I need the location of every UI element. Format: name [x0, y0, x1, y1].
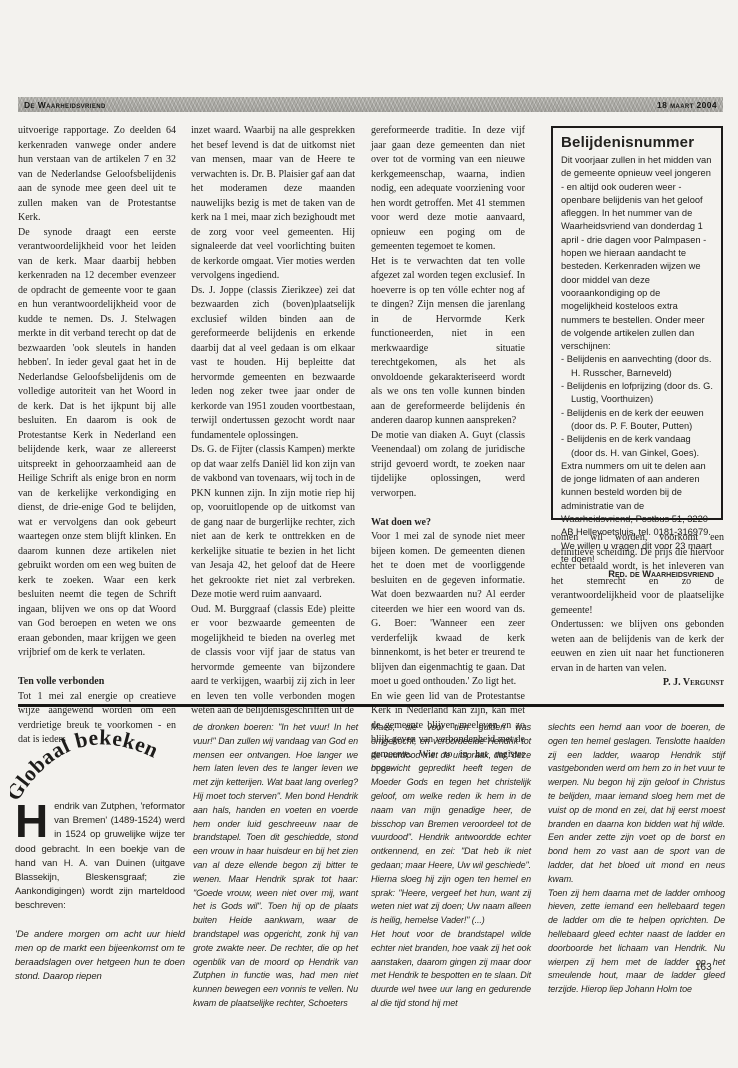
quote-paragraph: 'De andere morgen om acht uur hield men … — [15, 928, 185, 985]
quote-paragraph: Maes, die voor tien gulden was omgekocht… — [371, 721, 531, 928]
quote-paragraph: Toen zij hem daarna met de ladder omhoog… — [548, 887, 725, 997]
feature-column-1: Hendrik van Zutphen, 'reformator van Bre… — [15, 800, 185, 984]
paragraph: De synode draagt een eerste verantwoorde… — [18, 226, 176, 661]
list-item: Belijdenis en de kerk vandaag (door ds. … — [561, 433, 714, 460]
masthead-title: De Waarheidsvriend — [24, 100, 106, 110]
paragraph: Ds. J. Joppe (classis Zierikzee) zei dat… — [191, 284, 355, 444]
section-subhead: Ten volle verbonden — [18, 675, 176, 690]
svg-text:Globaal bekeken: Globaal bekeken — [10, 725, 162, 805]
article-column-4: nomen wil worden, voorkomt een definitie… — [551, 531, 724, 691]
feature-column-3: Maes, die voor tien gulden was omgekocht… — [371, 721, 531, 1011]
announcement-intro: Dit voorjaar zullen in het midden van de… — [561, 154, 714, 353]
quote-paragraph: slechts een hemd aan voor de boeren, de … — [548, 721, 725, 887]
paragraph: Ds. G. de Fijter (classis Kampen) merkte… — [191, 443, 355, 603]
paragraph: Voor 1 mei zal de synode niet meer bijee… — [371, 530, 525, 690]
section-subhead: Wat doen we? — [371, 516, 525, 531]
quote-paragraph: de dronken boeren: "In het vuur! In het … — [193, 721, 358, 1011]
author-byline: P. J. Vergunst — [551, 676, 724, 691]
feature-title: Globaal bekeken — [10, 725, 162, 805]
list-item: Belijdenis en aanvechting (door ds. H. R… — [561, 353, 714, 380]
feature-column-4: slechts een hemd aan voor de boeren, de … — [548, 721, 725, 997]
article-column-2: inzet waard. Waarbij na alle gesprekken … — [191, 124, 355, 719]
section-divider — [18, 704, 724, 707]
article-column-1: uitvoerige rapportage. Zo deelden 64 ker… — [18, 124, 176, 748]
masthead-date: 18 maart 2004 — [657, 100, 717, 110]
announcement-list: Belijdenis en aanvechting (door ds. H. R… — [561, 353, 714, 459]
page-number: 163 — [695, 962, 712, 973]
announcement-box: Belijdenisnummer Dit voorjaar zullen in … — [551, 126, 723, 520]
masthead-bar: De Waarheidsvriend 18 maart 2004 — [18, 97, 723, 112]
paragraph: Oud. M. Burggraaf (classis Ede) pleitte … — [191, 603, 355, 719]
paragraph: uitvoerige rapportage. Zo deelden 64 ker… — [18, 124, 176, 226]
feature-column-2: de dronken boeren: "In het vuur! In het … — [193, 721, 358, 1011]
quote-paragraph: Het hout voor de brandstapel wilde echte… — [371, 928, 531, 1011]
list-item: Belijdenis en de kerk der eeuwen (door d… — [561, 407, 714, 434]
paragraph: gereformeerde traditie. In deze vijf jaa… — [371, 124, 525, 255]
dropcap-letter: H — [15, 800, 54, 840]
paragraph: Ondertussen: we blijven ons gebonden wet… — [551, 618, 724, 676]
feature-intro: Hendrik van Zutphen, 'reformator van Bre… — [15, 800, 185, 914]
list-item: Belijdenis en lofprijzing (door ds. G. L… — [561, 380, 714, 407]
article-column-3: gereformeerde traditie. In deze vijf jaa… — [371, 124, 525, 777]
scanned-magazine-page: { "header": { "masthead": "De Waarheidsv… — [0, 0, 738, 1068]
paragraph: inzet waard. Waarbij na alle gesprekken … — [191, 124, 355, 284]
paragraph: nomen wil worden, voorkomt een definitie… — [551, 531, 724, 618]
paragraph: Het is te verwachten dat ten volle afgez… — [371, 255, 525, 429]
announcement-title: Belijdenisnummer — [561, 134, 714, 151]
paragraph: De motie van diaken A. Guyt (classis Vee… — [371, 429, 525, 502]
